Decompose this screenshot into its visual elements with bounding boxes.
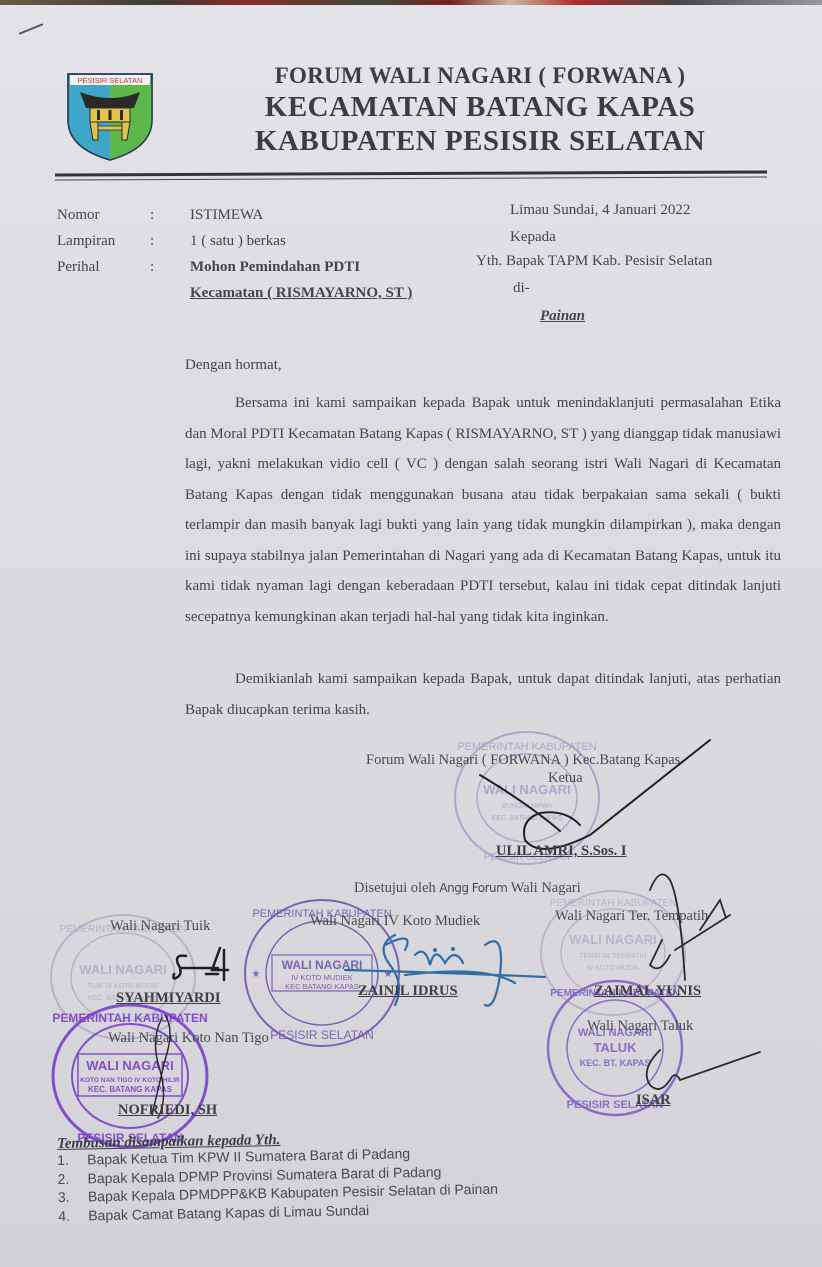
member-title-taluk: Wali Nagari Taluk xyxy=(587,1018,693,1035)
svg-text:PESISIR SELATAN: PESISIR SELATAN xyxy=(78,76,143,85)
copies-item-number: 3. xyxy=(58,1187,88,1206)
chair-org: Forum Wali Nagari ( FORWANA ) Kec.Batang… xyxy=(366,752,680,769)
meta-label-perihal: Perihal xyxy=(57,254,100,280)
approved-by-suffix: Wali Nagari xyxy=(511,880,581,896)
place-date: Limau Sundai, 4 Januari 2022 xyxy=(510,202,690,219)
meta-label-lampiran: Lampiran xyxy=(57,228,115,254)
recipient: Yth. Bapak TAPM Kab. Pesisir Selatan xyxy=(476,253,712,270)
chair-name: ULIL AMRI, S.Sos. I xyxy=(496,843,627,860)
member-name-tuik: SYAHMIYARDI xyxy=(116,990,220,1007)
member-title-iv-koto-mudiek: Wali Nagari IV Koto Mudiek xyxy=(310,913,480,930)
meta-colon: : xyxy=(150,202,154,228)
regency-emblem-icon: PESISIR SELATAN xyxy=(64,70,156,162)
copies-item-number: 2. xyxy=(57,1169,87,1188)
approved-by: Disetujui oleh Angg Forum Wali Nagari xyxy=(354,880,581,897)
body-paragraph-1: Bersama ini kami sampaikan kepada Bapak … xyxy=(185,388,781,632)
letterhead-regency: KABUPATEN PESISIR SELATAN xyxy=(200,124,760,158)
member-name-taluk: ISAR xyxy=(636,1092,671,1109)
approved-by-handwritten: Angg Forum xyxy=(439,881,507,895)
meta-colon: : xyxy=(150,254,154,280)
meta-value-lampiran: 1 ( satu ) berkas xyxy=(190,228,286,254)
member-name-iv-koto-mudiek: ZAINIL IDRUS xyxy=(358,983,458,1000)
member-title-koto-nan-tigo: Wali Nagari Koto Nan Tigo xyxy=(108,1030,269,1047)
copies-item-text: Bapak Camat Batang Kapas di Limau Sundai xyxy=(88,1202,369,1223)
copies-item-number: 4. xyxy=(58,1206,88,1225)
member-title-teratak-tempatih: Wali Nagari Ter. Tempatih xyxy=(555,908,708,925)
recipient-at: di- xyxy=(513,280,530,297)
recipient-city: Painan xyxy=(540,308,585,325)
meta-label-nomor: Nomor xyxy=(57,202,100,228)
member-title-tuik: Wali Nagari Tuik xyxy=(110,918,210,935)
body-paragraph-2: Demikianlah kami sampaikan kepada Bapak,… xyxy=(185,664,781,725)
body-paragraph-1-text: Bersama ini kami sampaikan kepada Bapak … xyxy=(185,395,781,625)
salutation: Dengan hormat, xyxy=(185,357,282,374)
letter-page xyxy=(0,5,822,1267)
meta-value-perihal-line2: Kecamatan ( RISMAYARNO, ST ) xyxy=(190,280,412,306)
copies-item-number: 1. xyxy=(57,1150,87,1169)
meta-value-perihal: Mohon Pemindahan PDTI xyxy=(190,254,360,280)
copies-list: 1.Bapak Ketua Tim KPW II Sumatera Barat … xyxy=(57,1143,498,1225)
letterhead-title: FORUM WALI NAGARI ( FORWANA ) KECAMATAN … xyxy=(200,62,760,158)
meta-value-nomor: ISTIMEWA xyxy=(190,202,263,228)
approved-by-printed: Disetujui oleh xyxy=(354,880,436,896)
member-name-koto-nan-tigo: NOFRIEDI, SH xyxy=(118,1102,217,1119)
letterhead-district: KECAMATAN BATANG KAPAS xyxy=(200,90,760,124)
body-paragraph-2-text: Demikianlah kami sampaikan kepada Bapak,… xyxy=(185,671,781,718)
meta-colon: : xyxy=(150,228,154,254)
chair-role: Ketua xyxy=(548,770,583,787)
letterhead-forum-name: FORUM WALI NAGARI ( FORWANA ) xyxy=(200,62,760,90)
member-name-teratak-tempatih: ZAIMAL YUNIS xyxy=(594,983,701,1000)
to-label: Kepada xyxy=(510,229,556,246)
